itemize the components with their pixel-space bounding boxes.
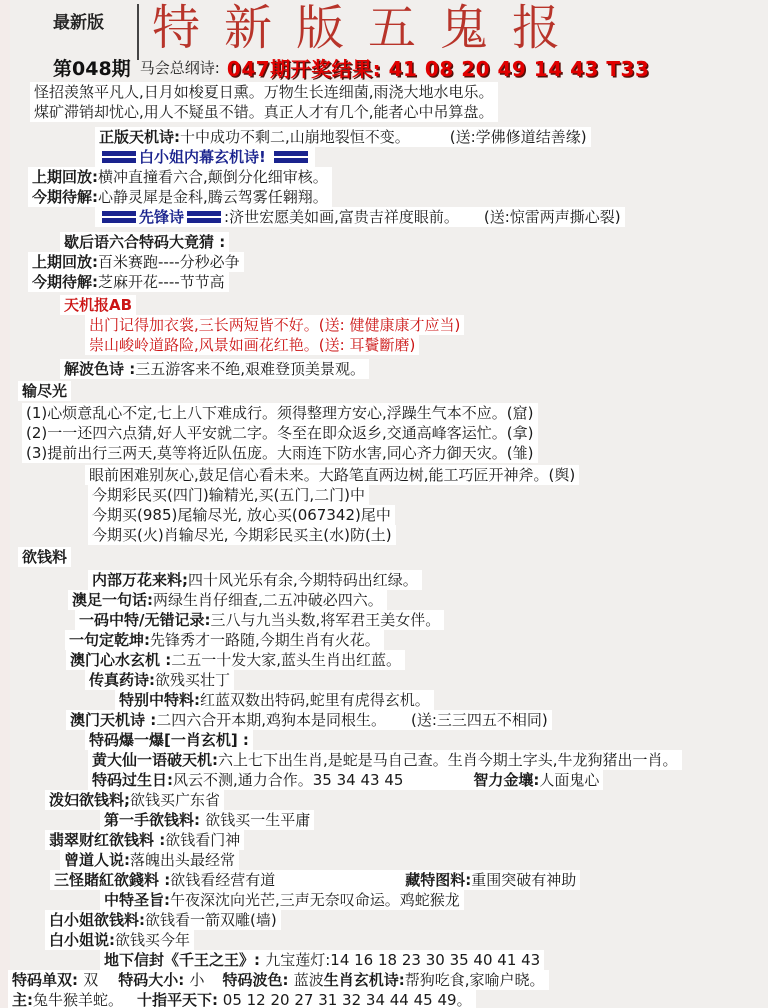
line-highlight: 眼前困难别灰心,鼓足信心看未来。大路笔直两边树,能工巧匠开神斧。(舆)	[85, 465, 579, 485]
line-segment: (送:三三四五不相同)	[411, 711, 548, 729]
line-highlight: 三怪賭紅欲錢料 :欲钱看经营有道藏特图料:重围突破有神助	[50, 870, 580, 890]
line-segment: 午夜深沈向光芒,三声无奈叹命运。鸡蛇猴龙	[170, 891, 460, 909]
text-line: 天机报AB	[0, 295, 768, 315]
line-highlight: 出门记得加衣裳,三长两短皆不好。(送: 健健康康才应当)	[85, 315, 464, 335]
line-highlight: 今期买(985)尾输尽光, 放心买(067342)尾中	[88, 505, 395, 525]
text-line: 今期买(火)肖输尽光, 今期彩民买主(水)防(土)	[0, 525, 768, 545]
text-line: 今期待解:心静灵犀是金科,腾云驾雾任翱翔。	[0, 187, 768, 207]
line-segment: 十指平天下:	[137, 991, 218, 1008]
text-line: (2)一一还四六点猜,好人平安就二字。冬至在即众返乡,交通高峰客运忙。(拿)	[0, 423, 768, 443]
line-segment: 小	[189, 971, 204, 989]
text-line: 三怪賭紅欲錢料 :欲钱看经营有道藏特图料:重围突破有神助	[0, 870, 768, 890]
line-segment: 澳足一句话:	[72, 591, 153, 609]
text-line: 澳门心水玄机 :二五一十发大家,蓝头生肖出红蓝。	[0, 650, 768, 670]
column-gap	[459, 221, 484, 222]
line-segment: 两绿生肖仔细查,二五冲破必四六。	[153, 591, 383, 609]
text-line: 传真药诗:欲残买壮丁	[0, 670, 768, 690]
text-line: 白小姐说:欲钱买今年	[0, 930, 768, 950]
line-segment: 兔牛猴羊蛇。	[33, 991, 123, 1008]
text-line: 出门记得加衣裳,三长两短皆不好。(送: 健健康康才应当)	[0, 315, 768, 335]
line-highlight: 地下信封《千王之王》: 九宝莲灯:14 16 18 23 30 35 40 41…	[100, 950, 544, 970]
line-highlight: 煤矿滞销却忧心,用人不疑虽不错。真正人才有几个,能者心中吊算盘。	[30, 102, 498, 122]
title-divider	[137, 4, 139, 60]
line-segment: 三八与九当头数,将军君王美女伴。	[210, 611, 440, 629]
text-line: 内部万花来料;四十风光乐有余,今期特码出红绿。	[0, 570, 768, 590]
line-segment: 欲钱买今年	[115, 931, 190, 949]
line-segment: 欲钱买广东省	[130, 791, 220, 809]
line-segment: 芝麻开花----节节高	[98, 273, 225, 291]
line-segment: 人面鬼心	[539, 771, 599, 789]
line-segment: 歇后语六合特码大竟猜 :	[64, 233, 225, 251]
column-gap	[98, 984, 118, 985]
text-line: 煤矿滞销却忧心,用人不疑虽不错。真正人才有几个,能者心中吊算盘。	[0, 102, 768, 122]
line-segment: 十中成功不剩二,山崩地裂恒不变。	[180, 128, 410, 146]
text-line: 歇后语六合特码大竟猜 :	[0, 232, 768, 252]
line-highlight: 中特圣旨:午夜深沈向光芒,三声无奈叹命运。鸡蛇猴龙	[100, 890, 464, 910]
line-segment: 今期待解:	[32, 188, 98, 206]
text-line: 白小姐内幕玄机诗!	[0, 147, 768, 167]
line-segment: 横冲直撞看六合,颠倒分化细审核。	[98, 168, 328, 186]
line-highlight: 今期待解:心静灵犀是金科,腾云驾雾任翱翔。	[28, 187, 332, 207]
line-highlight: 特码单双: 双特码大小: 小特码波色: 蓝波生肖玄机诗:帮狗吃食,家喻户晓。	[8, 970, 549, 990]
line-segment: 眼前困难别灰心,鼓足信心看未来。大路笔直两边树,能工巧匠开神斧。(舆)	[89, 466, 575, 484]
text-line: (3)提前出行三两天,莫等将近队伍庞。大雨连下防水害,同心齐力御天灾。(雏)	[0, 443, 768, 463]
line-highlight: 泼妇欲钱料;欲钱买广东省	[45, 790, 224, 810]
text-line: 特码爆一爆[一肖玄机] :	[0, 730, 768, 750]
line-segment: 欲钱看经营有道	[170, 871, 275, 889]
line-segment: 欲钱买一生平庸	[205, 811, 310, 829]
line-segment: 中特圣旨:	[104, 891, 170, 909]
line-segment: (1)心烦意乱心不定,七上八下难成行。须得整理方安心,浮躁生气本不应。(窟)	[26, 404, 534, 422]
line-segment: 今期待解:	[32, 273, 98, 291]
line-segment: 白小姐欲钱料:	[49, 911, 145, 929]
line-highlight: 内部万花来料;四十风光乐有余,今期特码出红绿。	[88, 570, 422, 590]
line-highlight: 天机报AB	[60, 295, 136, 315]
line-segment: (2)一一还四六点猜,好人平安就二字。冬至在即众返乡,交通高峰客运忙。(拿)	[26, 424, 534, 442]
text-line: 翡翠财红欲钱料 :欲钱看门神	[0, 830, 768, 850]
line-segment: 澳门心水玄机 :	[70, 651, 171, 669]
line-segment: 黄大仙一语破天机:	[92, 751, 218, 769]
line-highlight: 今期彩民买(四门)输精光,买(五门,二门)中	[88, 485, 369, 505]
line-segment: 特别中特料:	[119, 691, 200, 709]
line-segment: 泼妇欲钱料;	[49, 791, 130, 809]
line-segment: 欲钱看一箭双雕(墙)	[145, 911, 277, 929]
line-segment: 六上七下出生肖,是蛇是马自己查。生肖今期土字头,牛龙狗猪出一肖。	[218, 751, 678, 769]
line-highlight: 白小姐内幕玄机诗!	[95, 147, 315, 167]
line-segment: 传真药诗:	[89, 671, 155, 689]
line-segment: 一句定乾坤:	[69, 631, 150, 649]
page-title: 特新版五鬼报	[152, 0, 584, 58]
text-line: 怪招羡煞平凡人,日月如梭夏日熏。万物生长连细菌,雨浇大地水电乐。	[0, 82, 768, 102]
column-gap	[403, 784, 473, 785]
line-segment: 先锋秀才一路随,今期生肖有火花。	[150, 631, 380, 649]
document-body: 怪招羡煞平凡人,日月如梭夏日熏。万物生长连细菌,雨浇大地水电乐。煤矿滞销却忧心,…	[0, 82, 768, 1008]
line-segment: 二五一十发大家,蓝头生肖出红蓝。	[171, 651, 401, 669]
line-segment: 主:	[12, 991, 33, 1008]
line-highlight: 白小姐欲钱料:欲钱看一箭双雕(墙)	[45, 910, 281, 930]
text-line: 今期待解:芝麻开花----节节高	[0, 272, 768, 292]
line-segment: 第一手欲钱料:	[104, 811, 205, 829]
poem-label: 马会总纲诗:	[140, 59, 220, 77]
line-highlight: (1)心烦意乱心不定,七上八下难成行。须得整理方安心,浮躁生气本不应。(窟)	[22, 403, 538, 423]
text-line: 崇山峻岭道路险,风景如画花红艳。(送: 耳鬢斷磨)	[0, 335, 768, 355]
line-highlight: 欲钱料	[18, 547, 71, 567]
line-segment: 出门记得加衣裳,三长两短皆不好。(送: 健健康康才应当)	[89, 316, 460, 334]
line-highlight: 传真药诗:欲残买壮丁	[85, 670, 234, 690]
line-segment: 双	[83, 971, 98, 989]
line-segment: 翡翠财红欲钱料 :	[49, 831, 165, 849]
line-segment: 上期回放:	[32, 253, 98, 271]
text-line: 曾道人说:落魄出头最经常	[0, 850, 768, 870]
line-segment: 澳门天机诗 :	[70, 711, 156, 729]
line-highlight: 澳足一句话:两绿生肖仔细查,二五冲破必四六。	[68, 590, 387, 610]
line-segment: 白小姐内幕玄机诗!	[139, 148, 271, 166]
line-segment: 崇山峻岭道路险,风景如画花红艳。(送: 耳鬢斷磨)	[89, 336, 415, 354]
column-gap	[123, 1004, 137, 1005]
text-line: 正版天机诗:十中成功不剩二,山崩地裂恒不变。(送:学佛修道结善缘)	[0, 127, 768, 147]
text-line: 解波色诗 :三五游客来不绝,艰难登顶美景观。	[0, 359, 768, 379]
text-line: 白小姐欲钱料:欲钱看一箭双雕(墙)	[0, 910, 768, 930]
text-line: 中特圣旨:午夜深沈向光芒,三声无奈叹命运。鸡蛇猴龙	[0, 890, 768, 910]
line-segment: 四十风光乐有余,今期特码出红绿。	[188, 571, 418, 589]
line-highlight: 第一手欲钱料: 欲钱买一生平庸	[100, 810, 314, 830]
line-segment: 特码单双:	[12, 971, 83, 989]
line-segment: (送:学佛修道结善缘)	[450, 128, 587, 146]
line-highlight: (3)提前出行三两天,莫等将近队伍庞。大雨连下防水害,同心齐力御天灾。(雏)	[22, 443, 538, 463]
text-line: 上期回放:百米赛跑----分秒必争	[0, 252, 768, 272]
line-highlight: 上期回放:横冲直撞看六合,颠倒分化细审核。	[28, 167, 332, 187]
line-highlight: 一句定乾坤:先锋秀才一路随,今期生肖有火花。	[65, 630, 384, 650]
text-line: 澳足一句话:两绿生肖仔细查,二五冲破必四六。	[0, 590, 768, 610]
line-segment: 二四六合开本期,鸡狗本是同根生。	[156, 711, 386, 729]
line-segment: 欲钱料	[22, 548, 67, 566]
double-bars-icon	[102, 211, 136, 223]
line-segment: 输尽光	[22, 382, 67, 400]
line-highlight: 今期待解:芝麻开花----节节高	[28, 272, 229, 292]
line-segment: 百米赛跑----分秒必争	[98, 253, 240, 271]
text-line: 主:兔牛猴羊蛇。十指平天下: 05 12 20 27 31 32 34 44 4…	[0, 990, 768, 1008]
line-highlight: 特码过生日:风云不测,通力合作。35 34 43 45智力金壤:人面鬼心	[88, 770, 603, 790]
line-segment: 今期买(火)肖输尽光, 今期彩民买主(水)防(土)	[92, 526, 392, 544]
text-line: 特码过生日:风云不测,通力合作。35 34 43 45智力金壤:人面鬼心	[0, 770, 768, 790]
line-highlight: 澳门心水玄机 :二五一十发大家,蓝头生肖出红蓝。	[66, 650, 405, 670]
line-segment: 欲残买壮丁	[155, 671, 230, 689]
line-highlight: 歇后语六合特码大竟猜 :	[60, 232, 229, 252]
double-bars-icon	[274, 151, 308, 163]
line-highlight: 怪招羡煞平凡人,日月如梭夏日熏。万物生长连细菌,雨浇大地水电乐。	[30, 82, 498, 102]
line-highlight: 解波色诗 :三五游客来不绝,艰难登顶美景观。	[60, 359, 369, 379]
line-highlight: 翡翠财红欲钱料 :欲钱看门神	[45, 830, 244, 850]
line-highlight: 崇山峻岭道路险,风景如画花红艳。(送: 耳鬢斷磨)	[85, 335, 419, 355]
line-segment: 蓝波	[294, 971, 324, 989]
text-line: 澳门天机诗 :二四六合开本期,鸡狗本是同根生。(送:三三四五不相同)	[0, 710, 768, 730]
line-highlight: 澳门天机诗 :二四六合开本期,鸡狗本是同根生。(送:三三四五不相同)	[66, 710, 552, 730]
line-segment: 九宝莲灯:14 16 18 23 30 35 40 41 43	[265, 951, 540, 969]
line-segment: 三五游客来不绝,艰难登顶美景观。	[135, 360, 365, 378]
line-segment: 正版天机诗:	[99, 128, 180, 146]
line-segment: 欲钱看门神	[165, 831, 240, 849]
text-line: 特别中特料:红蓝双数出特码,蛇里有虎得玄机。	[0, 690, 768, 710]
line-segment: 特码大小:	[118, 971, 189, 989]
line-segment: 今期买(985)尾输尽光, 放心买(067342)尾中	[92, 506, 391, 524]
line-segment: 内部万花来料;	[92, 571, 188, 589]
line-segment: 煤矿滞销却忧心,用人不疑虽不错。真正人才有几个,能者心中吊算盘。	[34, 103, 494, 121]
line-segment: 怪招羡煞平凡人,日月如梭夏日熏。万物生长连细菌,雨浇大地水电乐。	[34, 83, 494, 101]
text-line: 输尽光	[0, 381, 768, 401]
line-segment: 地下信封《千王之王》:	[104, 951, 265, 969]
line-highlight: 一码中特/无错记录:三八与九当头数,将军君王美女伴。	[75, 610, 444, 630]
masthead: 最新版 特新版五鬼报 第048期 马会总纲诗: 047期开奖结果: 41 08 …	[0, 0, 768, 82]
line-segment: 曾道人说:	[64, 851, 130, 869]
line-highlight: 今期买(火)肖输尽光, 今期彩民买主(水)防(土)	[88, 525, 396, 545]
text-line: 先锋诗:济世宏愿美如画,富贵吉祥度眼前。(送:惊雷两声撕心裂)	[0, 207, 768, 227]
text-line: 泼妇欲钱料;欲钱买广东省	[0, 790, 768, 810]
text-line: 特码单双: 双特码大小: 小特码波色: 蓝波生肖玄机诗:帮狗吃食,家喻户晓。	[0, 970, 768, 990]
text-line: 黄大仙一语破天机:六上七下出生肖,是蛇是马自己查。生肖今期土字头,牛龙狗猪出一肖…	[0, 750, 768, 770]
line-segment: 风云不测,通力合作。35 34 43 45	[173, 771, 403, 789]
text-line: 今期买(985)尾输尽光, 放心买(067342)尾中	[0, 505, 768, 525]
text-line: 欲钱料	[0, 547, 768, 567]
text-line: 一码中特/无错记录:三八与九当头数,将军君王美女伴。	[0, 610, 768, 630]
line-highlight: 黄大仙一语破天机:六上七下出生肖,是蛇是马自己查。生肖今期土字头,牛龙狗猪出一肖…	[88, 750, 682, 770]
line-segment: 落魄出头最经常	[130, 851, 235, 869]
line-segment: 智力金壤:	[473, 771, 539, 789]
text-line: 今期彩民买(四门)输精光,买(五门,二门)中	[0, 485, 768, 505]
line-segment: 解波色诗 :	[64, 360, 135, 378]
line-highlight: 主:兔牛猴羊蛇。十指平天下: 05 12 20 27 31 32 34 44 4…	[8, 990, 476, 1008]
line-segment: 心静灵犀是金科,腾云驾雾任翱翔。	[98, 188, 328, 206]
line-segment: 特码爆一爆[一肖玄机] :	[89, 731, 249, 749]
column-gap	[205, 984, 223, 985]
line-highlight: 输尽光	[18, 381, 71, 401]
line-highlight: (2)一一还四六点猜,好人平安就二字。冬至在即众返乡,交通高峰客运忙。(拿)	[22, 423, 538, 443]
text-line: 一句定乾坤:先锋秀才一路随,今期生肖有火花。	[0, 630, 768, 650]
line-segment: 今期彩民买(四门)输精光,买(五门,二门)中	[92, 486, 365, 504]
line-segment: 帮狗吃食,家喻户晓。	[405, 971, 545, 989]
text-line: 上期回放:横冲直撞看六合,颠倒分化细审核。	[0, 167, 768, 187]
line-segment: 天机报AB	[64, 296, 132, 314]
line-segment: 特码波色:	[223, 971, 294, 989]
edition-label: 最新版	[53, 8, 104, 33]
issue-row: 第048期 马会总纲诗: 047期开奖结果: 41 08 20 49 14 43…	[53, 53, 649, 82]
line-segment: 先锋诗	[139, 208, 184, 226]
issue-number: 第048期	[53, 58, 131, 80]
five-ghost-report-sheet: 最新版 特新版五鬼报 第048期 马会总纲诗: 047期开奖结果: 41 08 …	[0, 0, 768, 1008]
line-segment: 藏特图料:	[405, 871, 471, 889]
line-highlight: 特码爆一爆[一肖玄机] :	[85, 730, 253, 750]
text-line: 眼前困难别灰心,鼓足信心看未来。大路笔直两边树,能工巧匠开神斧。(舆)	[0, 465, 768, 485]
line-segment: 红蓝双数出特码,蛇里有虎得玄机。	[200, 691, 430, 709]
line-segment: 白小姐说:	[49, 931, 115, 949]
line-segment: 重围突破有神助	[471, 871, 576, 889]
line-segment: (3)提前出行三两天,莫等将近队伍庞。大雨连下防水害,同心齐力御天灾。(雏)	[26, 444, 534, 462]
line-segment: :济世宏愿美如画,富贵吉祥度眼前。	[224, 208, 459, 226]
column-gap	[275, 884, 405, 885]
column-gap	[410, 141, 450, 142]
line-highlight: 曾道人说:落魄出头最经常	[60, 850, 239, 870]
double-bars-icon	[102, 151, 136, 163]
previous-draw-result: 047期开奖结果: 41 08 20 49 14 43 T33	[227, 57, 649, 81]
line-highlight: 特别中特料:红蓝双数出特码,蛇里有虎得玄机。	[115, 690, 434, 710]
line-segment: 三怪賭紅欲錢料 :	[54, 871, 170, 889]
double-bars-icon	[187, 211, 221, 223]
line-segment: 一码中特/无错记录:	[79, 611, 210, 629]
line-segment: 05 12 20 27 31 32 34 44 45 49。	[218, 991, 472, 1008]
text-line: 第一手欲钱料: 欲钱买一生平庸	[0, 810, 768, 830]
line-highlight: 上期回放:百米赛跑----分秒必争	[28, 252, 244, 272]
line-segment: 生肖玄机诗:	[324, 971, 405, 989]
text-line: (1)心烦意乱心不定,七上八下难成行。须得整理方安心,浮躁生气本不应。(窟)	[0, 403, 768, 423]
line-highlight: 白小姐说:欲钱买今年	[45, 930, 194, 950]
line-segment: 特码过生日:	[92, 771, 173, 789]
line-highlight: 正版天机诗:十中成功不剩二,山崩地裂恒不变。(送:学佛修道结善缘)	[95, 127, 591, 147]
line-segment: (送:惊雷两声撕心裂)	[484, 208, 621, 226]
column-gap	[386, 724, 411, 725]
line-highlight: 先锋诗:济世宏愿美如画,富贵吉祥度眼前。(送:惊雷两声撕心裂)	[95, 207, 625, 227]
line-segment: 上期回放:	[32, 168, 98, 186]
text-line: 地下信封《千王之王》: 九宝莲灯:14 16 18 23 30 35 40 41…	[0, 950, 768, 970]
